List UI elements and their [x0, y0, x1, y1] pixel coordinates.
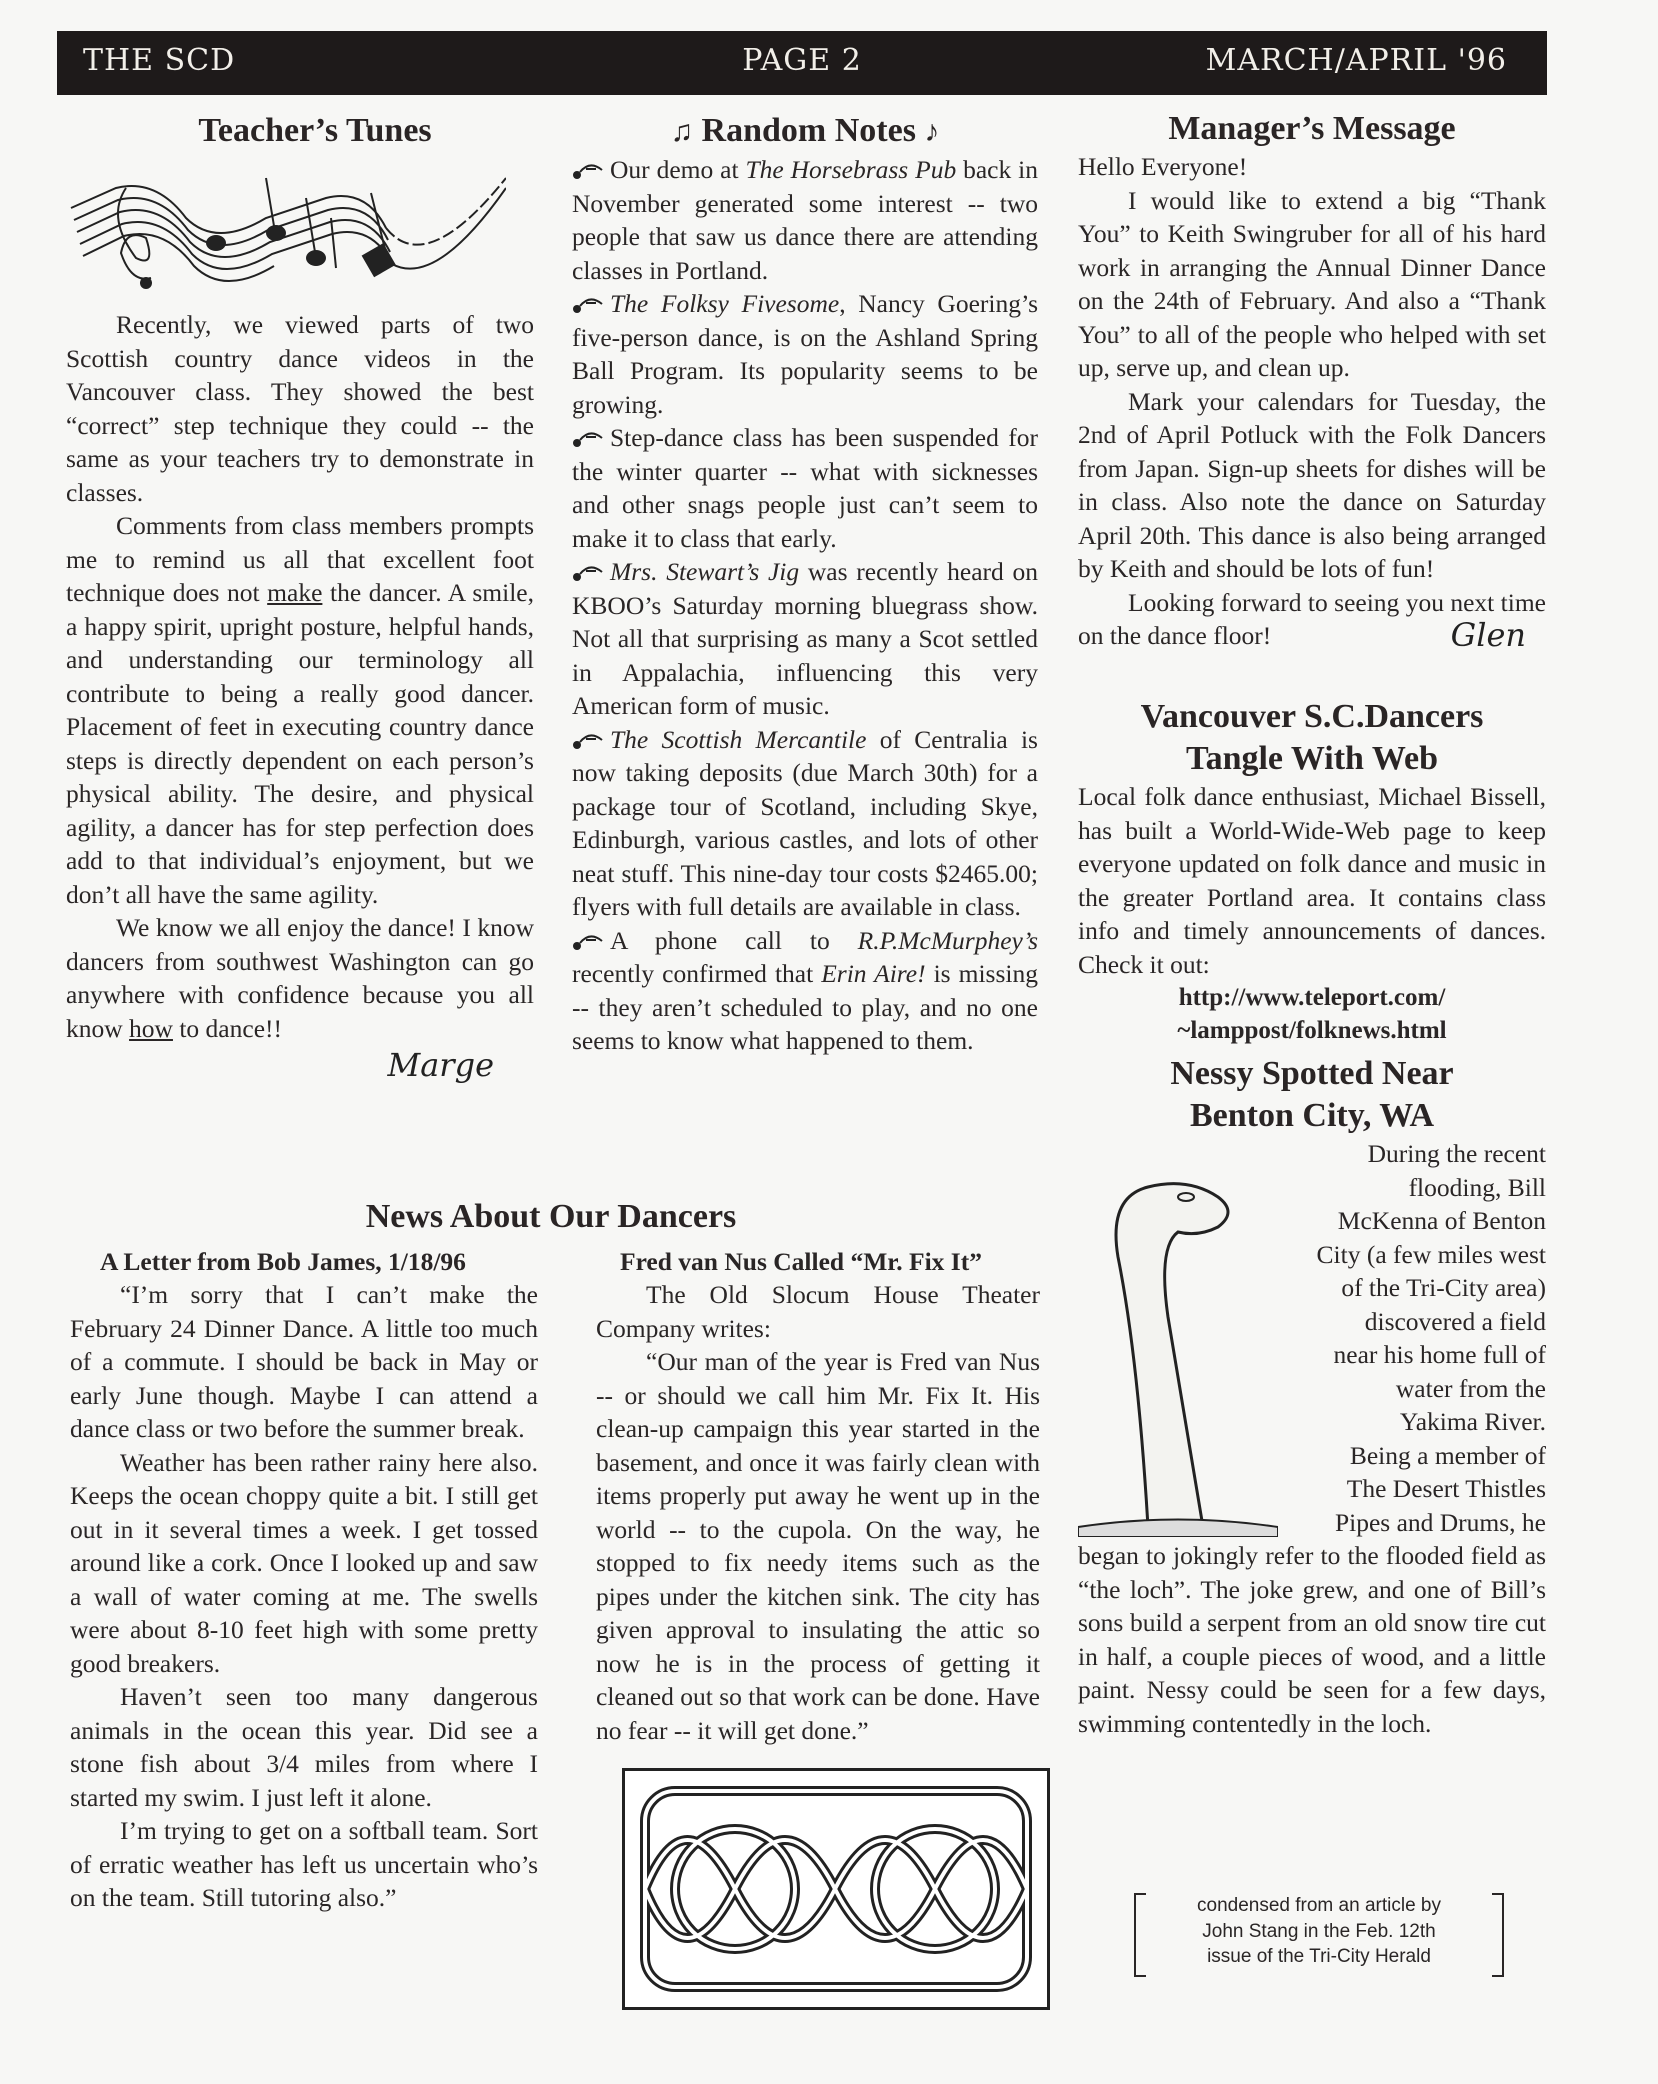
news-about-dancers-section: News About Our Dancers [66, 1196, 1036, 1238]
random-notes-article: ♫ Random Notes ♪ Our demo at The Horsebr… [572, 110, 1038, 1058]
paragraph: I would like to extend a big “Thank You”… [1078, 184, 1546, 385]
note-item: Mrs. Stewart’s Jig was recently heard on… [572, 555, 1038, 723]
text-line: McKenna of Benton [1246, 1204, 1546, 1238]
article-title: Nessy Spotted Near [1078, 1053, 1546, 1095]
note-item: The Scottish Mercantile of Centralia is … [572, 723, 1038, 924]
article-heading: Fred van Nus Called “Mr. Fix It” [596, 1245, 1040, 1278]
letter-heading: A Letter from Bob James, 1/18/96 [70, 1245, 538, 1278]
website-url[interactable]: http://www.teleport.com/ [1078, 981, 1546, 1014]
paragraph: Recently, we viewed parts of two Scottis… [66, 308, 534, 509]
paragraph: Mark your calendars for Tuesday, the 2nd… [1078, 385, 1546, 586]
article-title: ♫ Random Notes ♪ [572, 110, 1038, 153]
fermata-note-icon [572, 557, 604, 577]
website-url[interactable]: ~lamppost/folknews.html [1078, 1014, 1546, 1047]
wrapped-text: During the recentflooding, BillMcKenna o… [1246, 1137, 1546, 1539]
note-item: Our demo at The Horsebrass Pub back in N… [572, 153, 1038, 287]
signature-marge: Marge [66, 1049, 534, 1083]
fermata-note-icon [572, 289, 604, 309]
text-line: of the Tri-City area) [1246, 1271, 1546, 1305]
paragraph: “Our man of the year is Fred van Nus -- … [596, 1345, 1040, 1747]
fred-van-nus-article: Fred van Nus Called “Mr. Fix It” The Old… [596, 1245, 1040, 1747]
paragraph: Local folk dance enthusiast, Michael Bis… [1078, 780, 1546, 981]
teachers-tunes-article: Teacher’s Tunes Recently, we viewed p [66, 110, 534, 1083]
text-line: The Desert Thistles [1246, 1472, 1546, 1506]
paragraph: Haven’t seen too many dangerous animals … [70, 1680, 538, 1814]
issue-date: MARCH/APRIL '96 [1206, 43, 1507, 78]
article-title: Manager’s Message [1078, 108, 1546, 150]
fermata-note-icon [572, 725, 604, 745]
note-item: Step-dance class has been suspended for … [572, 421, 1038, 555]
fermata-note-icon [572, 423, 604, 443]
bob-james-letter: A Letter from Bob James, 1/18/96 “I’m so… [70, 1245, 538, 1915]
paragraph: Comments from class members prompts me t… [66, 509, 534, 911]
article-title: Tangle With Web [1078, 738, 1546, 780]
text-line: Being a member of [1246, 1439, 1546, 1473]
paragraph: I’m trying to get on a softball team. So… [70, 1814, 538, 1915]
notes-list: Our demo at The Horsebrass Pub back in N… [572, 153, 1038, 1058]
section-title: News About Our Dancers [66, 1196, 1036, 1238]
paragraph: “I’m sorry that I can’t make the Februar… [70, 1278, 538, 1446]
fermata-note-icon [572, 155, 604, 175]
article-title: Benton City, WA [1078, 1095, 1546, 1137]
article-title: Vancouver S.C.Dancers [1078, 696, 1546, 738]
celtic-knot-icon [622, 1768, 1050, 2010]
text-line: Pipes and Drums, he [1246, 1506, 1546, 1540]
text-line: discovered a field [1246, 1305, 1546, 1339]
greeting: Hello Everyone! [1078, 150, 1546, 184]
text-line: During the recent [1246, 1137, 1546, 1171]
note-item: A phone call to R.P.McMurphey’s recently… [572, 924, 1038, 1058]
page-number: PAGE 2 [742, 43, 862, 78]
paragraph: The Old Slocum House Theater Company wri… [596, 1278, 1040, 1345]
masthead-banner: THE SCD PAGE 2 MARCH/APRIL '96 [57, 31, 1547, 95]
paragraph: began to jokingly refer to the flooded f… [1078, 1539, 1546, 1740]
article-title: Teacher’s Tunes [66, 110, 534, 152]
music-staff-icon [66, 158, 534, 308]
source-credit: condensed from an article by John Stang … [1134, 1893, 1504, 1971]
fermata-note-icon [572, 926, 604, 946]
text-line: water from the [1246, 1372, 1546, 1406]
text-line: City (a few miles west [1246, 1238, 1546, 1272]
text-line: flooding, Bill [1246, 1171, 1546, 1205]
eighth-note-icon: ♪ [924, 115, 939, 148]
paragraph: Weather has been rather rainy here also.… [70, 1446, 538, 1681]
double-note-icon: ♫ [671, 115, 694, 148]
managers-message-article: Manager’s Message Hello Everyone! I woul… [1078, 108, 1546, 1740]
paragraph: We know we all enjoy the dance! I know d… [66, 911, 534, 1045]
text-line: near his home full of [1246, 1338, 1546, 1372]
text-line: Yakima River. [1246, 1405, 1546, 1439]
note-item: The Folksy Fivesome, Nancy Goering’s fiv… [572, 287, 1038, 421]
newsletter-name: THE SCD [83, 43, 235, 78]
